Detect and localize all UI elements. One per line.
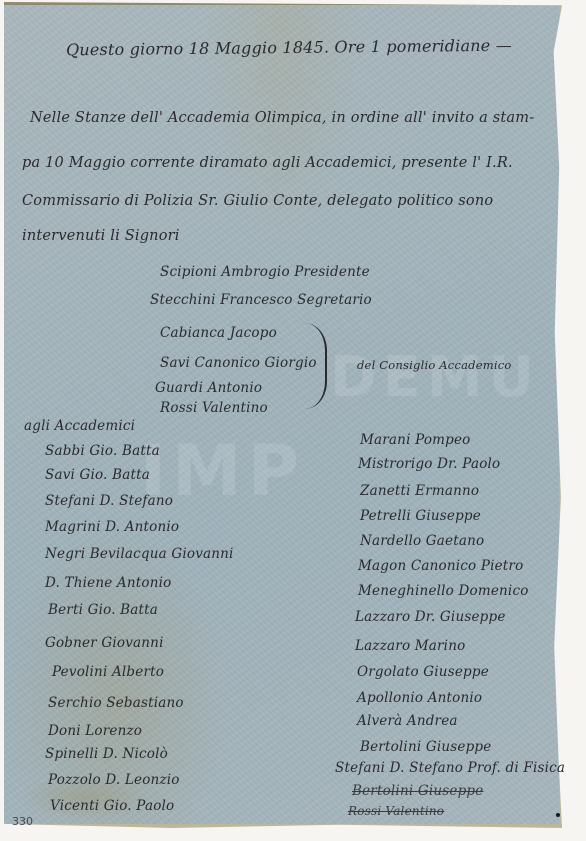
intro-line-3: Commissario di Polizia Sr. Giulio Conte,… — [22, 193, 493, 209]
academician-name: Negri Bevilacqua Giovanni — [45, 546, 234, 562]
council-label: del Consiglio Accademico — [357, 358, 511, 372]
council-member: Cabianca Jacopo — [160, 325, 277, 341]
intro-line-4: intervenuti li Signori — [22, 228, 180, 244]
academician-name: Nardello Gaetano — [360, 533, 484, 549]
academician-name: Serchio Sebastiano — [48, 695, 184, 711]
academician-name: Petrelli Giuseppe — [360, 508, 481, 524]
academician-name: Mistrorigo Dr. Paolo — [358, 456, 500, 472]
academician-name: Savi Gio. Batta — [45, 467, 150, 483]
academician-name: Alverà Andrea — [357, 713, 458, 729]
academician-name: Magrini D. Antonio — [45, 519, 179, 535]
council-member: Savi Canonico Giorgio — [160, 355, 317, 371]
ink-spot — [556, 813, 560, 817]
folio-number: 330 — [12, 815, 33, 828]
academician-name: Magon Canonico Pietro — [358, 558, 523, 574]
academician-name: Meneghinello Domenico — [358, 583, 529, 599]
academician-name: Marani Pompeo — [360, 432, 471, 448]
academician-name: Orgolato Giuseppe — [357, 664, 489, 680]
academician-name: Lazzaro Marino — [355, 638, 465, 654]
intro-line-2: pa 10 Maggio corrente diramato agli Acca… — [22, 155, 513, 171]
academician-name-struck: Bertolini Giuseppe — [352, 783, 483, 799]
academician-name: Pozzolo D. Leonzio — [48, 772, 180, 788]
council-member: Guardi Antonio — [155, 380, 262, 396]
academician-name: Berti Gio. Batta — [48, 602, 158, 618]
academician-name: Pevolini Alberto — [52, 664, 164, 680]
council-member: Stecchini Francesco Segretario — [150, 292, 372, 308]
academician-name: Doni Lorenzo — [48, 723, 142, 739]
academician-name: Lazzaro Dr. Giuseppe — [355, 609, 506, 625]
academician-name: Stefani D. Stefano Prof. di Fisica — [335, 760, 565, 776]
academician-name: Stefani D. Stefano — [45, 493, 173, 509]
academician-name: Sabbi Gio. Batta — [45, 443, 160, 459]
academician-name: Vicenti Gio. Paolo — [50, 798, 174, 814]
council-member: Scipioni Ambrogio Presidente — [160, 264, 370, 280]
academician-name: Zanetti Ermanno — [360, 483, 479, 499]
academician-name: Gobner Giovanni — [45, 635, 164, 651]
academicians-label: agli Accademici — [24, 418, 135, 434]
academician-name: D. Thiene Antonio — [45, 575, 171, 591]
academician-name: Apollonio Antonio — [357, 690, 482, 706]
academician-name: Spinelli D. Nicolò — [45, 746, 168, 762]
intro-line-1: Nelle Stanze dell' Accademia Olimpica, i… — [30, 110, 534, 126]
academician-name-struck: Rossi Valentino — [348, 804, 444, 818]
council-member: Rossi Valentino — [160, 400, 268, 416]
academician-name: Bertolini Giuseppe — [360, 739, 491, 755]
